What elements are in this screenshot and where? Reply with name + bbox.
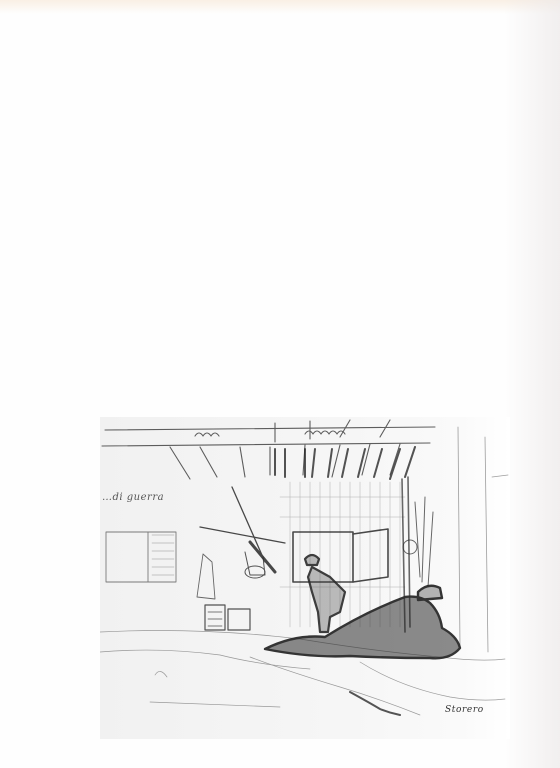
left-window [106, 532, 176, 582]
sketch-plate: …di guerra Storero [100, 417, 510, 739]
rifle [200, 487, 285, 572]
sketch-inscription: …di guerra [102, 492, 164, 503]
book-page: …di guerra Storero [0, 0, 560, 768]
wall-gear [403, 497, 433, 587]
pencil-sketch [100, 417, 510, 739]
packages [205, 605, 250, 630]
ceiling-beams [102, 420, 435, 479]
bed-edge-dark [350, 692, 400, 715]
standing-soldier [305, 555, 345, 632]
hanging-towel [197, 554, 215, 599]
lying-soldier [265, 586, 460, 659]
right-wall [458, 427, 508, 652]
artist-signature: Storero [445, 705, 484, 715]
